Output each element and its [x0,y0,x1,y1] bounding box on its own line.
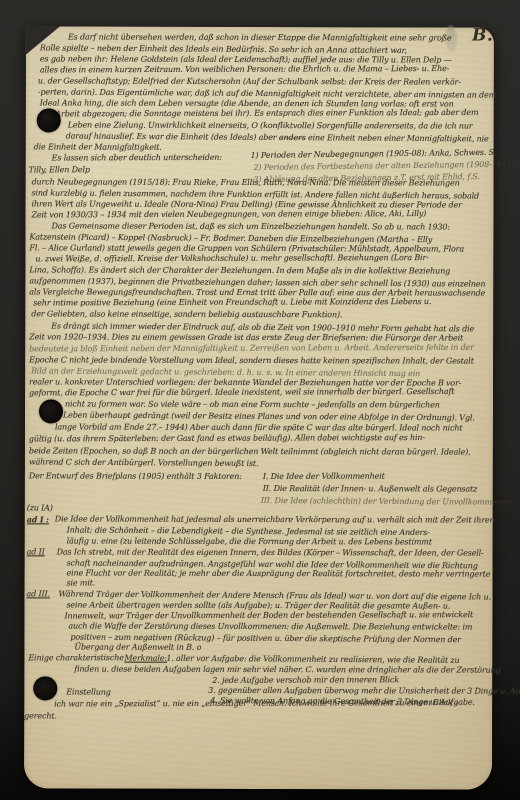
manuscript-line: die Einheit der Mannigfaltigkeit. [34,142,162,152]
manuscript-line: Es lassen sich aber deutlich unterscheid… [52,153,222,164]
manuscript-line: Übergang der Außenwelt in B. o [74,643,201,653]
margin-note-einstellung: Einstellung [66,687,111,697]
photo-background: B. Es darf nicht übersehen werden, daß s… [0,0,520,800]
margin-label-ad-iii: ad III. [26,589,49,599]
factor-ii: II. Die Realität (der Innen- u. Außenwel… [263,484,477,495]
factor-iii: III. Die Idee (schlechthin) der Verbindu… [261,496,514,508]
manuscript-line: der Arbeit abgezogen; die Sonntage meist… [40,108,479,120]
manuscript-line: 1) Perioden der Neubegegnungen (1905-08)… [251,148,497,161]
manuscript-line: u. zwei Weiße, d. offiziell. Kreise der … [35,253,428,264]
punch-hole [37,108,61,132]
manuscript-line: eine Flucht vor der Realität; je mehr ab… [67,568,491,579]
manuscript-line: läufig u. eine (zu leitende Schlüsselgab… [67,536,432,547]
manuscript-line: Das Ich strebt, mit der Realität des eig… [57,547,484,558]
manuscript-line: Es darf nicht übersehen werden, daß scho… [68,32,451,43]
manuscript-line: Innenwelt, war Träger der Unvollkommenhe… [64,610,473,621]
section-heading: Der Entwurf des Briefplans (1905) enthäl… [29,471,242,482]
manuscript-line: bedeutete ja bloß Einheit neben der Mann… [29,343,474,355]
manuscript-line: Lina, Schoffa). Es ändert sich der Chara… [29,265,450,276]
manuscript-line: Leben überhaupt gedrängt (weil der Besit… [63,410,475,423]
punch-hole [39,399,63,423]
manuscript-page: B. Es darf nicht übersehen werden, daß s… [24,26,494,789]
manuscript-line: geformt, die Epoche C war frei für die b… [29,387,454,398]
margin-note-zu-ia: (zu IA) [27,503,53,513]
margin-note-names: Tilly, Ellen Delp [29,165,90,175]
manuscript-line: 2. jede Aufgabe verschob mir den inneren… [212,675,399,686]
margin-label-ad-ii: ad II [27,547,45,557]
manuscript-line: Zeit von 1920–1934. Dies zu einem gewiss… [29,332,463,343]
manuscript-line: Leben eine Zielung. Unwirklichkeit einer… [68,120,473,131]
manuscript-line: alles dies in einem kurzen Zeitraum. Von… [40,64,449,75]
manuscript-line: 3. gegenüber allen Aufgaben überwog mehr… [208,686,520,697]
manuscript-line: lange Vorbild am Ende 27.– 1944) Aber au… [55,422,463,433]
factor-i: I. Die Idee der Vollkommenheit [263,472,385,482]
manuscript-line: durch Neubegegnungen (1915/18): Frau Rie… [32,177,460,188]
manuscript-line: sie mit. [67,578,96,588]
manuscript-line: Die Idee der Vollkommenheit hat jedesmal… [55,514,495,525]
manuscript-line: Einige charakteristische [28,653,123,663]
manuscript-line: sehr intime positive Beziehung (eine Ein… [33,297,431,308]
manuscript-line: auch die Waffe der Zerstörung dieses Unv… [68,622,472,633]
manuscript-line: Epoche C nicht jede bindende Vorstellung… [29,355,474,366]
manuscript-line: Das Gemeinsame dieser Perioden ist, daß … [51,221,449,232]
manuscript-line: ich war nie ein „Spezialist“ u. nie ein … [54,698,459,709]
manuscript-line: beide Zeiten (Epochen, so daß B noch an … [29,446,471,457]
manuscript-line: nicht zu formen war. So viele wäre – ob … [65,399,440,410]
text-layer: Es darf nicht übersehen werden, daß scho… [24,26,494,789]
margin-label-ad-i: ad I : [27,514,49,524]
punch-hole [33,676,57,700]
manuscript-line: gültig (u. das ihrem Späterleben: der Ga… [29,433,425,444]
manuscript-line: Zeit von 1930/33 – 1934 mit den vielen N… [31,209,426,220]
manuscript-line: der Geliebten, also keine einseitige, so… [31,309,342,320]
manuscript-line: finden u. diese beiden Aufgaben lagen mi… [74,665,500,676]
manuscript-line: 2) Perioden des Fortbestehens der alten … [253,159,520,173]
manuscript-line: u. der Gesellschaftstyp; Edelfried der K… [38,76,461,87]
final-word: gerecht. [24,711,57,721]
manuscript-line: während C sich der Antibürgerl. Vorstell… [29,457,259,469]
manuscript-line: Merkmale: [124,654,167,664]
